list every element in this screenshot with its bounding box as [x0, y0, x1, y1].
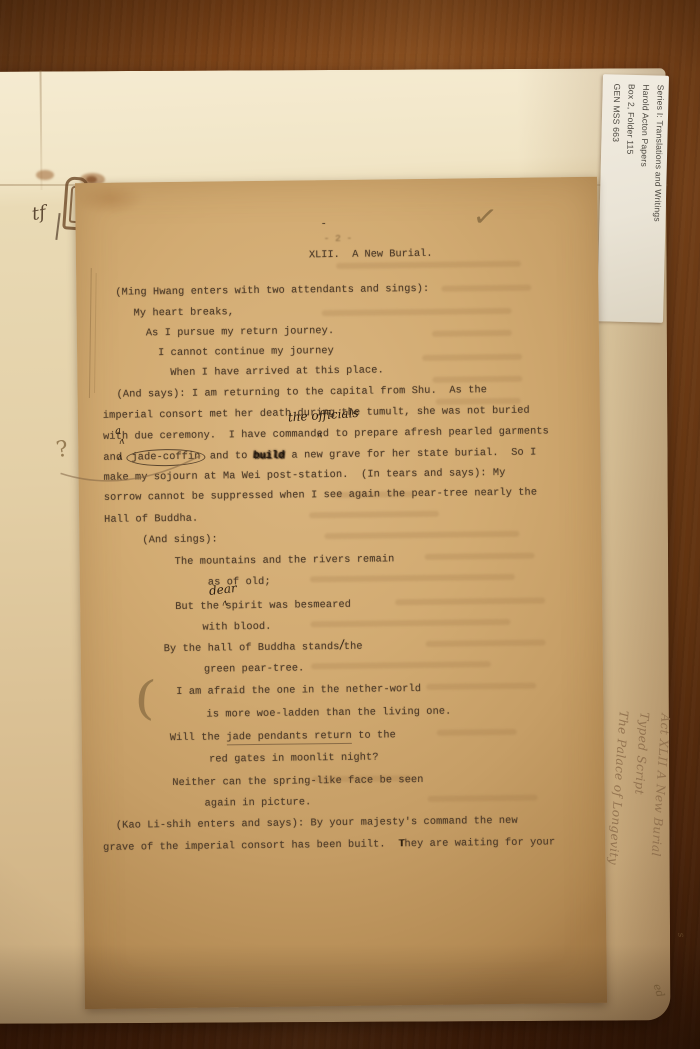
margin-paren-mark: ( — [133, 670, 158, 725]
bleed-through-line — [425, 553, 535, 560]
typescript-line: (Kao Li-shih enters and says): By your m… — [116, 815, 518, 833]
bleed-through-line — [441, 285, 531, 292]
typescript-line: grave of the imperial consort has been b… — [103, 836, 555, 855]
folder-edge-mark: s — [675, 932, 686, 938]
typescript-line: As I pursue my return journey. — [146, 325, 335, 340]
bleed-through-line — [309, 511, 439, 519]
bleed-through-line — [336, 261, 521, 269]
typescript-line: (And says): I am returning to the capita… — [117, 384, 488, 402]
archive-label-text: GEN MSS 663 Box 2, Folder 115 Harold Act… — [599, 74, 668, 222]
handwritten-insertion-dear: dear — [208, 581, 237, 598]
bleed-through-line — [428, 795, 538, 802]
typescript-line: The mountains and the rivers remain — [175, 553, 395, 569]
typescript-line: I am afraid the one in the nether-world — [176, 683, 421, 699]
insertion-caret: ʌ — [317, 430, 322, 440]
bleed-through-line — [426, 639, 546, 646]
typescript-line: again in picture. — [205, 796, 312, 810]
typescript-line: My heart breaks, — [134, 306, 235, 320]
folder-spine-notes-text: The Palace of Longevity Typed Script Act… — [602, 710, 676, 869]
typescript-line: is more woe-ladden than the living one. — [206, 706, 451, 722]
bleed-through-line — [310, 574, 515, 583]
page-corner-stain — [75, 182, 145, 215]
ghost-page-number: - 2 - — [324, 233, 353, 244]
bleed-through-line — [324, 531, 519, 539]
typescript-line: But the spirit was besmeared — [175, 599, 351, 614]
typescript-line: Hall of Buddha. — [104, 513, 198, 527]
photo-of-manuscript-on-desk: GEN MSS 663 Box 2, Folder 115 Harold Act… — [0, 0, 700, 1049]
archive-label: GEN MSS 663 Box 2, Folder 115 Harold Act… — [597, 74, 669, 323]
page-crease — [89, 268, 92, 398]
bleed-through-line — [432, 330, 512, 337]
bleed-through-line — [436, 398, 521, 405]
typescript-line: I cannot continue my journey — [158, 345, 334, 360]
typescript-line: (Ming Hwang enters with two attendants a… — [115, 283, 429, 300]
typescript-line: Neither can the spring-like face be seen — [172, 774, 423, 790]
bleed-through-line — [310, 619, 510, 627]
page-title: XLII. A New Burial. — [309, 248, 433, 262]
page-number-dash: - — [320, 218, 326, 230]
typescript-line: When I have arrived at this place. — [170, 364, 384, 380]
bleed-through-line — [395, 597, 545, 605]
bleed-through-line — [311, 661, 491, 669]
manuscript-page: - - 2 - ✓ XLII. A New Burial. (Ming Hwan… — [75, 177, 607, 1009]
typescript-line: with blood. — [202, 621, 271, 635]
insertion-caret: ʌ — [222, 598, 227, 608]
typescript-line: By the hall of Buddha stands∕the — [164, 641, 363, 656]
pencil-checkmark: ✓ — [471, 199, 500, 235]
bleed-through-line — [422, 354, 522, 361]
typescript-line: (And sings): — [142, 533, 218, 547]
typescript-line: Will the jade pendants return to the — [170, 729, 396, 745]
handwritten-insertion-a: a — [115, 425, 122, 437]
pencil-swoosh-line — [50, 439, 291, 502]
rust-stain — [36, 170, 54, 180]
bleed-through-line — [322, 308, 512, 316]
typescript-line: green pear-tree. — [204, 662, 305, 676]
bleed-through-line — [437, 729, 517, 736]
page-crease — [94, 273, 97, 393]
bleed-through-line — [426, 683, 536, 690]
bleed-through-line — [432, 376, 522, 383]
typescript-line: red gates in moonlit night? — [209, 752, 379, 767]
